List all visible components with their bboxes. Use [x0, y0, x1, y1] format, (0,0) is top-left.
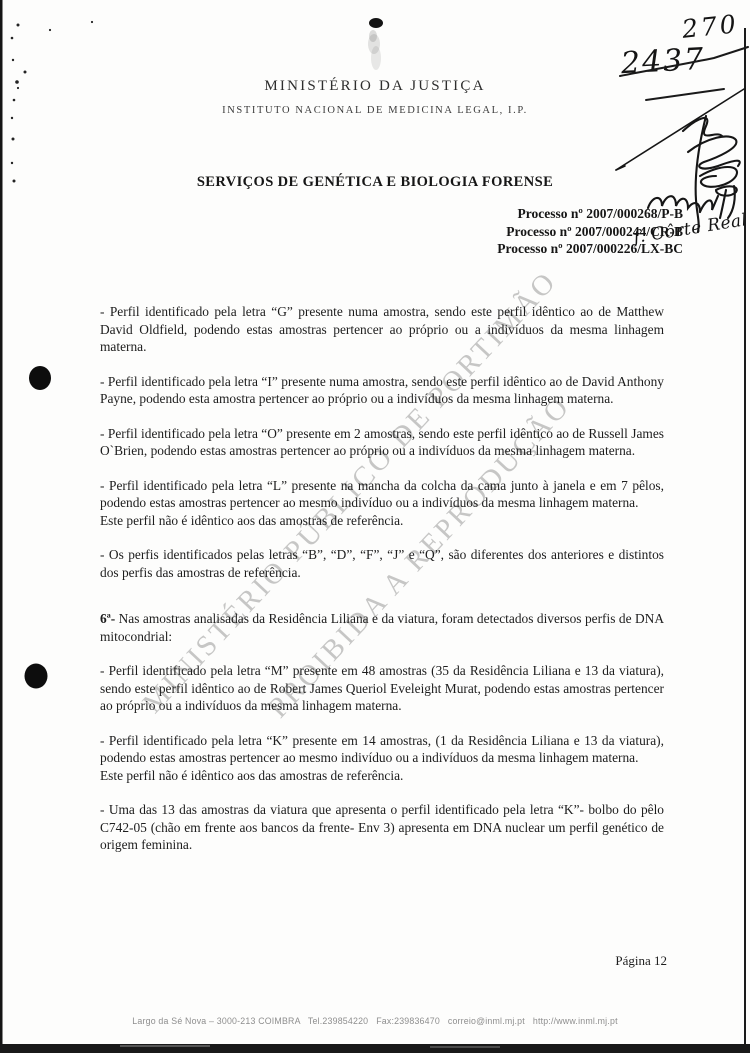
handwritten-number-2437-struck: 2437 [620, 42, 706, 81]
paragraph-lead: 6ª- [100, 611, 115, 626]
paragraph-text: - Perfil identificado pela letra “L” pre… [100, 478, 664, 511]
paragraph-profile-m: - Perfil identificado pela letra “M” pre… [100, 662, 664, 715]
paragraph-profile-g: - Perfil identificado pela letra “G” pre… [100, 303, 664, 356]
paragraph-text: - Perfil identificado pela letra “I” pre… [100, 374, 664, 407]
paragraph-text: - Perfil identificado pela letra “O” pre… [100, 426, 664, 459]
page-number: Página 12 [615, 953, 667, 969]
institute-subtitle: INSTITUTO NACIONAL DE MEDICINA LEGAL, I.… [0, 105, 750, 116]
paragraph-item-6: 6ª- Nas amostras analisadas da Residênci… [100, 610, 664, 645]
paragraph-text: - Uma das 13 das amostras da viatura que… [100, 802, 664, 852]
process-number: Processo nº 2007/000268/P-B [497, 205, 683, 223]
document-page: MINISTÉRIO PÚBLICO DE PORTIMÃO PROIBIDA … [0, 0, 750, 1053]
paragraph-sample-k-nuclear: - Uma das 13 das amostras da viatura que… [100, 801, 664, 854]
paragraph-text: Nas amostras analisadas da Residência Li… [100, 611, 664, 644]
scan-noise-specks [11, 21, 93, 183]
paragraph-profile-i: - Perfil identificado pela letra “I” pre… [100, 373, 664, 408]
footer-address: Largo da Sé Nova – 3000-213 COIMBRA Tel.… [0, 1016, 750, 1026]
report-body: - Perfil identificado pela letra “G” pre… [100, 303, 664, 871]
hole-punch-marks [25, 366, 52, 689]
paragraph-text: - Os perfis identificados pelas letras “… [100, 547, 664, 580]
paragraph-note: Este perfil não é idêntico aos das amost… [100, 512, 664, 530]
staple-mark [368, 18, 383, 70]
paragraph-note: Este perfil não é idêntico aos das amost… [100, 767, 664, 785]
paragraph-text: - Perfil identificado pela letra “G” pre… [100, 304, 664, 354]
ministry-title: MINISTÉRIO DA JUSTIÇA [0, 78, 750, 95]
paragraph-text: - Perfil identificado pela letra “K” pre… [100, 733, 664, 766]
paragraph-text: - Perfil identificado pela letra “M” pre… [100, 663, 664, 713]
paragraph-profiles-bdfjq: - Os perfis identificados pelas letras “… [100, 546, 664, 581]
handwritten-number-270: 270 [681, 9, 740, 44]
paragraph-profile-l: - Perfil identificado pela letra “L” pre… [100, 477, 664, 530]
document-title: SERVIÇOS DE GENÉTICA E BIOLOGIA FORENSE [0, 174, 750, 191]
paragraph-profile-k: - Perfil identificado pela letra “K” pre… [100, 732, 664, 785]
paragraph-profile-o: - Perfil identificado pela letra “O” pre… [100, 425, 664, 460]
